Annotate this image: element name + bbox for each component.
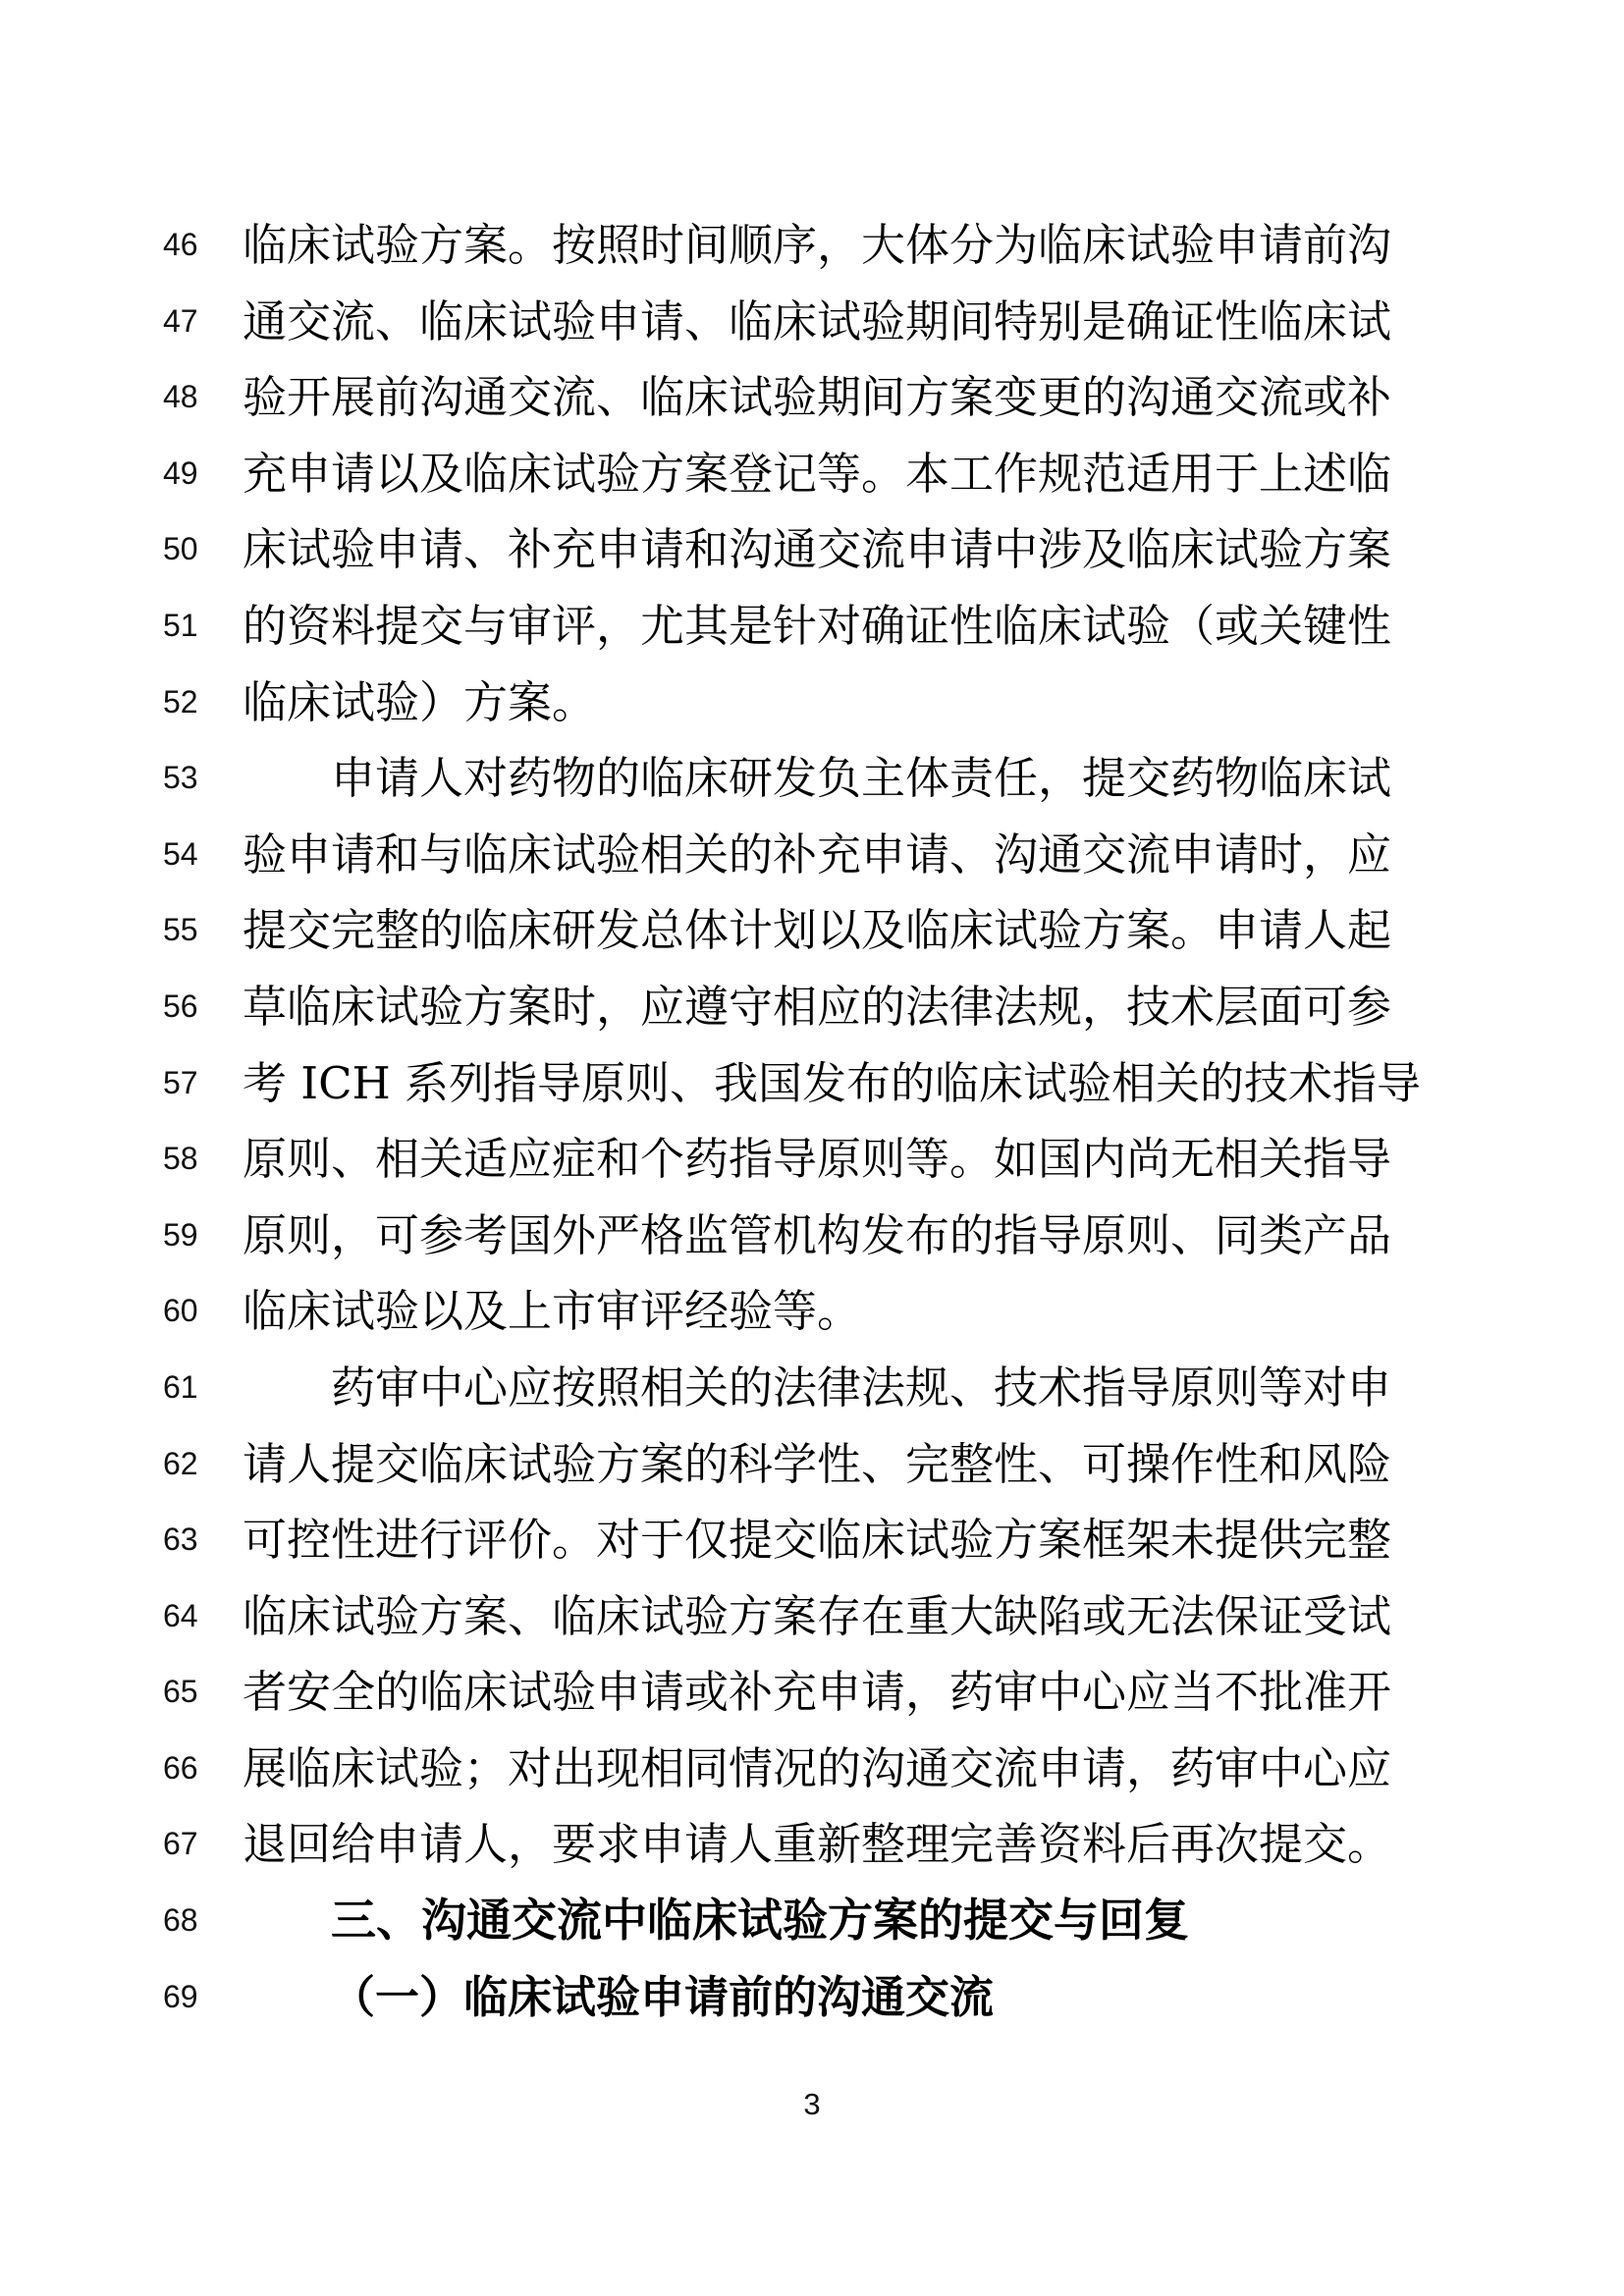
line-number: 69 xyxy=(163,1959,202,2036)
line-number: 60 xyxy=(163,1273,202,1350)
page-number: 3 xyxy=(0,2087,1624,2122)
line-row: 47 通交流、临床试验申请、临床试验期间特别是确证性临床试 xyxy=(0,284,1624,360)
line-row: 67 退回给申请人，要求申请人重新整理完善资料后再次提交。 xyxy=(0,1806,1624,1883)
line-row: 58 原则、相关适应症和个药指导原则等。如国内尚无相关指导 xyxy=(0,1121,1624,1198)
line-text: 床试验申请、补充申请和沟通交流申请中涉及临床试验方案 xyxy=(243,511,1391,588)
line-number: 50 xyxy=(163,511,202,588)
text-lines: 46 临床试验方案。按照时间顺序，大体分为临床试验申请前沟 47 通交流、临床试… xyxy=(0,207,1624,2035)
line-row: 66 展临床试验；对出现相同情况的沟通交流申请，药审中心应 xyxy=(0,1731,1624,1807)
line-number: 66 xyxy=(163,1731,202,1807)
line-number: 54 xyxy=(163,817,202,893)
line-number: 59 xyxy=(163,1198,202,1274)
line-number: 62 xyxy=(163,1426,202,1503)
line-number: 49 xyxy=(163,436,202,512)
line-row: 62 请人提交临床试验方案的科学性、完整性、可操作性和风险 xyxy=(0,1426,1624,1503)
line-row: 55 提交完整的临床研发总体计划以及临床试验方案。申请人起 xyxy=(0,892,1624,969)
line-text: 药审中心应按照相关的法律法规、技术指导原则等对申 xyxy=(243,1350,1391,1426)
line-row: 68 三、沟通交流中临床试验方案的提交与回复 xyxy=(0,1883,1624,1959)
line-text: 临床试验方案。按照时间顺序，大体分为临床试验申请前沟 xyxy=(243,207,1391,284)
line-number: 47 xyxy=(163,284,202,360)
line-text: 原则、相关适应症和个药指导原则等。如国内尚无相关指导 xyxy=(243,1121,1391,1198)
line-row: 48 验开展前沟通交流、临床试验期间方案变更的沟通交流或补 xyxy=(0,359,1624,436)
line-row: 59 原则，可参考国外严格监管机构发布的指导原则、同类产品 xyxy=(0,1198,1624,1274)
line-number: 55 xyxy=(163,892,202,969)
line-row: 61 药审中心应按照相关的法律法规、技术指导原则等对申 xyxy=(0,1350,1624,1426)
line-row: 54 验申请和与临床试验相关的补充申请、沟通交流申请时，应 xyxy=(0,817,1624,893)
line-text: 可控性进行评价。对于仅提交临床试验方案框架未提供完整 xyxy=(243,1502,1391,1578)
line-row: 46 临床试验方案。按照时间顺序，大体分为临床试验申请前沟 xyxy=(0,207,1624,284)
line-text: 通交流、临床试验申请、临床试验期间特别是确证性临床试 xyxy=(243,284,1391,360)
line-text: 临床试验方案、临床试验方案存在重大缺陷或无法保证受试 xyxy=(243,1578,1391,1655)
line-row: 53 申请人对药物的临床研发负主体责任，提交药物临床试 xyxy=(0,740,1624,817)
line-row: 52 临床试验）方案。 xyxy=(0,665,1624,741)
line-row: 63 可控性进行评价。对于仅提交临床试验方案框架未提供完整 xyxy=(0,1502,1624,1578)
line-text: 退回给申请人，要求申请人重新整理完善资料后再次提交。 xyxy=(243,1806,1391,1883)
line-number: 61 xyxy=(163,1350,202,1426)
line-number: 68 xyxy=(163,1883,202,1959)
line-row: 69 （一）临床试验申请前的沟通交流 xyxy=(0,1959,1624,2036)
line-text: 充申请以及临床试验方案登记等。本工作规范适用于上述临 xyxy=(243,436,1391,512)
line-number: 52 xyxy=(163,665,202,741)
line-text: 提交完整的临床研发总体计划以及临床试验方案。申请人起 xyxy=(243,892,1391,969)
document-page: 46 临床试验方案。按照时间顺序，大体分为临床试验申请前沟 47 通交流、临床试… xyxy=(0,0,1624,2296)
line-text: 展临床试验；对出现相同情况的沟通交流申请，药审中心应 xyxy=(243,1731,1391,1807)
line-row: 51 的资料提交与审评，尤其是针对确证性临床试验（或关键性 xyxy=(0,588,1624,665)
line-row: 49 充申请以及临床试验方案登记等。本工作规范适用于上述临 xyxy=(0,436,1624,512)
line-text: 三、沟通交流中临床试验方案的提交与回复 xyxy=(243,1883,1189,1959)
line-row: 65 者安全的临床试验申请或补充申请，药审中心应当不批准开 xyxy=(0,1654,1624,1731)
line-text: 请人提交临床试验方案的科学性、完整性、可操作性和风险 xyxy=(243,1426,1391,1503)
line-text: 申请人对药物的临床研发负主体责任，提交药物临床试 xyxy=(243,740,1391,817)
line-number: 63 xyxy=(163,1502,202,1578)
line-text: 者安全的临床试验申请或补充申请，药审中心应当不批准开 xyxy=(243,1654,1391,1731)
line-row: 56 草临床试验方案时，应遵守相应的法律法规，技术层面可参 xyxy=(0,969,1624,1045)
line-number: 58 xyxy=(163,1121,202,1198)
line-text: 的资料提交与审评，尤其是针对确证性临床试验（或关键性 xyxy=(243,588,1391,665)
line-row: 50 床试验申请、补充申请和沟通交流申请中涉及临床试验方案 xyxy=(0,511,1624,588)
line-text: 验申请和与临床试验相关的补充申请、沟通交流申请时，应 xyxy=(243,817,1391,893)
line-number: 46 xyxy=(163,207,202,284)
line-number: 67 xyxy=(163,1806,202,1883)
line-text: 临床试验以及上市审评经验等。 xyxy=(243,1273,861,1350)
line-row: 64 临床试验方案、临床试验方案存在重大缺陷或无法保证受试 xyxy=(0,1578,1624,1655)
line-number: 56 xyxy=(163,969,202,1045)
line-text: 原则，可参考国外严格监管机构发布的指导原则、同类产品 xyxy=(243,1198,1391,1274)
line-number: 57 xyxy=(163,1045,202,1122)
line-number: 53 xyxy=(163,740,202,817)
line-row: 60 临床试验以及上市审评经验等。 xyxy=(0,1273,1624,1350)
line-row: 57 考 ICH 系列指导原则、我国发布的临床试验相关的技术指导 xyxy=(0,1045,1624,1122)
line-text: 临床试验）方案。 xyxy=(243,665,596,741)
line-number: 65 xyxy=(163,1654,202,1731)
line-number: 51 xyxy=(163,588,202,665)
line-number: 48 xyxy=(163,359,202,436)
line-text: 草临床试验方案时，应遵守相应的法律法规，技术层面可参 xyxy=(243,969,1391,1045)
line-number: 64 xyxy=(163,1578,202,1655)
line-text: 考 ICH 系列指导原则、我国发布的临床试验相关的技术指导 xyxy=(243,1045,1421,1122)
line-text: （一）临床试验申请前的沟通交流 xyxy=(243,1959,994,2036)
line-text: 验开展前沟通交流、临床试验期间方案变更的沟通交流或补 xyxy=(243,359,1391,436)
